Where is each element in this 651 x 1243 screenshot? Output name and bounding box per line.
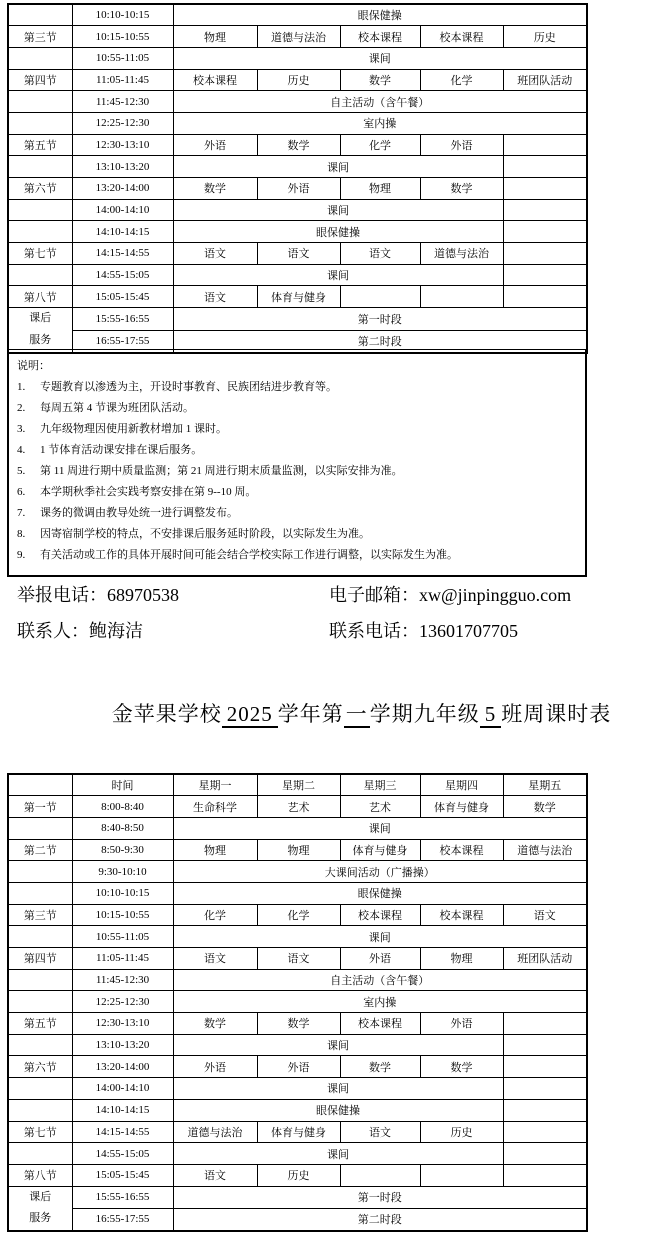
note-number: 9. (17, 545, 33, 566)
time-cell: 14:55-15:05 (72, 264, 173, 286)
subject-cell (503, 1121, 587, 1143)
note-number: 2. (17, 398, 33, 419)
subject-cell (503, 199, 587, 221)
activity-span-cell: 第一时段 (173, 308, 587, 330)
timetable-top: 10:10-10:15眼保健操第三节10:15-10:55物理道德与法治校本课程… (7, 3, 588, 354)
activity-span-cell: 课间 (173, 817, 587, 839)
activity-span-cell: 眼保健操 (173, 4, 587, 26)
subject-cell: 语文 (173, 243, 257, 265)
period-cell (8, 861, 72, 883)
time-header-cell: 时间 (72, 774, 173, 796)
time-cell: 10:55-11:05 (72, 926, 173, 948)
title-mid1: 学年第 (278, 702, 344, 726)
note-text: 课务的微调由教导处统一进行调整发布。 (33, 503, 238, 524)
subject-cell: 艺术 (257, 796, 340, 818)
time-cell: 13:20-14:00 (72, 178, 173, 200)
time-cell: 9:30-10:10 (72, 861, 173, 883)
subject-cell: 道德与法治 (503, 839, 587, 861)
day-header-cell: 星期一 (173, 774, 257, 796)
subject-cell: 校本课程 (340, 26, 420, 48)
activity-span-cell: 眼保健操 (173, 882, 587, 904)
email-label: 电子邮箱： (329, 585, 419, 605)
period-cell: 第八节 (8, 286, 72, 308)
subject-cell (503, 134, 587, 156)
subject-cell: 化学 (257, 904, 340, 926)
subject-cell (503, 1143, 587, 1165)
period-cell: 第三节 (8, 904, 72, 926)
period-cell (8, 1034, 72, 1056)
activity-span-cell: 第一时段 (173, 1186, 587, 1208)
subject-cell: 历史 (257, 69, 340, 91)
note-text: 专题教育以渗透为主，开设时事教育、民族团结进步教育等。 (33, 377, 337, 398)
time-cell: 15:55-16:55 (72, 308, 173, 330)
time-cell: 12:25-12:30 (72, 112, 173, 134)
period-cell: 课后 服务 (8, 308, 72, 353)
subject-cell (503, 1078, 587, 1100)
subject-cell: 体育与健身 (257, 286, 340, 308)
period-cell: 第七节 (8, 1121, 72, 1143)
activity-span-cell: 课间 (173, 264, 503, 286)
subject-cell: 班团队活动 (503, 948, 587, 970)
time-cell: 14:55-15:05 (72, 1143, 173, 1165)
note-number: 5. (17, 461, 33, 482)
activity-span-cell: 课间 (173, 1078, 503, 1100)
subject-cell: 历史 (420, 1121, 503, 1143)
title-mid2: 学期九年级 (370, 702, 480, 726)
subject-cell (503, 221, 587, 243)
subject-cell (503, 264, 587, 286)
period-cell: 第一节 (8, 796, 72, 818)
subject-cell: 外语 (257, 1056, 340, 1078)
time-cell: 10:10-10:15 (72, 4, 173, 26)
report-phone-value: 68970538 (107, 585, 179, 605)
time-cell: 11:05-11:45 (72, 948, 173, 970)
period-cell: 第六节 (8, 178, 72, 200)
time-cell: 14:15-14:55 (72, 243, 173, 265)
note-number: 6. (17, 482, 33, 503)
subject-cell: 数学 (503, 796, 587, 818)
note-number: 7. (17, 503, 33, 524)
note-item: 6. 本学期秋季社会实践考察安排在第 9--10 周。 (17, 482, 581, 503)
period-cell (8, 1143, 72, 1165)
subject-cell: 语文 (173, 286, 257, 308)
time-cell: 8:40-8:50 (72, 817, 173, 839)
activity-span-cell: 课间 (173, 156, 503, 178)
note-item: 4. 1 节体育活动课安排在课后服务。 (17, 440, 581, 461)
activity-span-cell: 眼保健操 (173, 1099, 503, 1121)
subject-cell: 数学 (420, 178, 503, 200)
time-cell: 10:15-10:55 (72, 904, 173, 926)
subject-cell: 数学 (173, 1013, 257, 1035)
note-text: 有关活动或工作的具体开展时间可能会结合学校实际工作进行调整，以实际发生为准。 (33, 545, 458, 566)
activity-span-cell: 课间 (173, 199, 503, 221)
subject-cell: 数学 (420, 1056, 503, 1078)
time-cell: 10:55-11:05 (72, 47, 173, 69)
time-cell: 11:45-12:30 (72, 91, 173, 113)
activity-span-cell: 课间 (173, 1034, 503, 1056)
activity-span-cell: 眼保健操 (173, 221, 503, 243)
time-cell: 13:10-13:20 (72, 1034, 173, 1056)
period-cell (8, 1078, 72, 1100)
subject-cell: 艺术 (340, 796, 420, 818)
subject-cell: 体育与健身 (257, 1121, 340, 1143)
title-suffix: 班周课时表 (501, 702, 611, 726)
period-cell: 第三节 (8, 26, 72, 48)
subject-cell (503, 1099, 587, 1121)
subject-cell: 物理 (340, 178, 420, 200)
period-cell (8, 882, 72, 904)
time-cell: 8:50-9:30 (72, 839, 173, 861)
subject-cell (420, 286, 503, 308)
activity-span-cell: 课间 (173, 1143, 503, 1165)
period-cell: 第二节 (8, 839, 72, 861)
contact-person-label: 联系人： (17, 621, 89, 641)
note-item: 3. 九年级物理因使用新教材增加 1 课时。 (17, 419, 581, 440)
title-term-underlined: 一 (344, 702, 370, 728)
time-cell: 14:00-14:10 (72, 199, 173, 221)
notes-heading: 说明： (17, 356, 581, 377)
note-text: 1 节体育活动课安排在课后服务。 (33, 440, 202, 461)
period-cell: 第五节 (8, 134, 72, 156)
activity-span-cell: 第二时段 (173, 1209, 587, 1231)
contact-phone-label: 联系电话： (329, 621, 419, 641)
subject-cell (503, 1013, 587, 1035)
contact-phone-value: 13601707705 (419, 621, 518, 641)
note-number: 3. (17, 419, 33, 440)
subject-cell: 外语 (173, 1056, 257, 1078)
subject-cell: 数学 (340, 69, 420, 91)
note-item: 5. 第 11 周进行期中质量监测；第 21 周进行期末质量监测，以实际安排为准… (17, 461, 581, 482)
subject-cell: 校本课程 (173, 69, 257, 91)
note-text: 每周五第 4 节课为班团队活动。 (33, 398, 194, 419)
subject-cell: 物理 (257, 839, 340, 861)
period-cell (8, 817, 72, 839)
period-cell (8, 47, 72, 69)
subject-cell (503, 243, 587, 265)
subject-cell: 外语 (420, 134, 503, 156)
activity-span-cell: 室内操 (173, 991, 587, 1013)
time-cell: 13:10-13:20 (72, 156, 173, 178)
period-cell: 第八节 (8, 1164, 72, 1186)
day-header-cell: 星期五 (503, 774, 587, 796)
note-number: 8. (17, 524, 33, 545)
subject-cell (503, 286, 587, 308)
activity-span-cell: 课间 (173, 926, 587, 948)
note-item: 7. 课务的微调由教导处统一进行调整发布。 (17, 503, 581, 524)
time-cell: 14:10-14:15 (72, 1099, 173, 1121)
subject-cell (340, 286, 420, 308)
subject-cell: 语文 (173, 948, 257, 970)
subject-cell: 外语 (340, 948, 420, 970)
day-header-cell: 星期四 (420, 774, 503, 796)
period-cell: 第六节 (8, 1056, 72, 1078)
period-cell: 第四节 (8, 69, 72, 91)
note-text: 因寄宿制学校的特点，不安排课后服务延时阶段，以实际发生为准。 (33, 524, 370, 545)
subject-cell (340, 1164, 420, 1186)
note-text: 九年级物理因使用新教材增加 1 课时。 (33, 419, 227, 440)
activity-span-cell: 自主活动（含午餐） (173, 969, 587, 991)
subject-cell: 数学 (257, 134, 340, 156)
subject-cell: 化学 (340, 134, 420, 156)
time-cell: 12:30-13:10 (72, 1013, 173, 1035)
subject-cell: 道德与法治 (420, 243, 503, 265)
period-cell: 课后 服务 (8, 1186, 72, 1231)
subject-cell: 化学 (173, 904, 257, 926)
period-cell: 第四节 (8, 948, 72, 970)
note-item: 2. 每周五第 4 节课为班团队活动。 (17, 398, 581, 419)
period-cell (8, 112, 72, 134)
email: 电子邮箱：xw@jinpingguo.com (329, 581, 571, 607)
time-cell: 12:25-12:30 (72, 991, 173, 1013)
note-item: 8. 因寄宿制学校的特点，不安排课后服务延时阶段，以实际发生为准。 (17, 524, 581, 545)
activity-span-cell: 课间 (173, 47, 587, 69)
subject-cell (503, 1034, 587, 1056)
subject-cell: 外语 (420, 1013, 503, 1035)
subject-cell (503, 1056, 587, 1078)
time-cell: 10:10-10:15 (72, 882, 173, 904)
time-cell: 8:00-8:40 (72, 796, 173, 818)
time-cell: 14:00-14:10 (72, 1078, 173, 1100)
email-value: xw@jinpingguo.com (419, 585, 571, 605)
period-cell: 第七节 (8, 243, 72, 265)
subject-cell: 物理 (173, 839, 257, 861)
note-text: 本学期秋季社会实践考察安排在第 9--10 周。 (33, 482, 256, 503)
period-cell (8, 91, 72, 113)
subject-cell: 校本课程 (420, 26, 503, 48)
subject-cell: 物理 (420, 948, 503, 970)
subject-cell: 道德与法治 (257, 26, 340, 48)
subject-cell: 历史 (257, 1164, 340, 1186)
contact-phone: 联系电话：13601707705 (329, 617, 518, 643)
time-cell: 15:05-15:45 (72, 286, 173, 308)
subject-cell: 体育与健身 (340, 839, 420, 861)
activity-span-cell: 室内操 (173, 112, 587, 134)
notes-box: 说明： 1. 专题教育以渗透为主，开设时事教育、民族团结进步教育等。 2. 每周… (7, 349, 587, 577)
subject-cell: 数学 (257, 1013, 340, 1035)
day-header-cell: 星期二 (257, 774, 340, 796)
subject-cell: 语文 (173, 1164, 257, 1186)
time-cell: 14:10-14:15 (72, 221, 173, 243)
day-header-cell (8, 774, 72, 796)
subject-cell: 道德与法治 (173, 1121, 257, 1143)
subject-cell: 体育与健身 (420, 796, 503, 818)
subject-cell: 生命科学 (173, 796, 257, 818)
page-title: 金苹果学校2025学年第一学期九年级5班周课时表 (0, 698, 651, 728)
note-number: 1. (17, 377, 33, 398)
contact-person-value: 鲍海洁 (89, 621, 143, 641)
time-cell: 15:55-16:55 (72, 1186, 173, 1208)
period-cell (8, 991, 72, 1013)
subject-cell: 语文 (503, 904, 587, 926)
note-item: 9. 有关活动或工作的具体开展时间可能会结合学校实际工作进行调整，以实际发生为准… (17, 545, 581, 566)
period-cell (8, 199, 72, 221)
subject-cell: 班团队活动 (503, 69, 587, 91)
subject-cell: 校本课程 (340, 1013, 420, 1035)
title-class-underlined: 5 (480, 702, 502, 728)
subject-cell: 语文 (257, 948, 340, 970)
period-cell (8, 221, 72, 243)
subject-cell: 语文 (340, 243, 420, 265)
subject-cell: 语文 (257, 243, 340, 265)
subject-cell: 数学 (173, 178, 257, 200)
timetable-class5: 时间星期一星期二星期三星期四星期五第一节8:00-8:40生命科学艺术艺术体育与… (7, 773, 588, 1232)
period-cell (8, 969, 72, 991)
note-item: 1. 专题教育以渗透为主，开设时事教育、民族团结进步教育等。 (17, 377, 581, 398)
subject-cell (503, 156, 587, 178)
time-cell: 11:05-11:45 (72, 69, 173, 91)
period-cell: 第五节 (8, 1013, 72, 1035)
contact-person: 联系人：鲍海洁 (17, 617, 143, 643)
subject-cell: 历史 (503, 26, 587, 48)
time-cell: 14:15-14:55 (72, 1121, 173, 1143)
subject-cell: 校本课程 (340, 904, 420, 926)
title-year-underlined: 2025 (222, 702, 278, 728)
time-cell: 11:45-12:30 (72, 969, 173, 991)
report-phone-label: 举报电话： (17, 585, 107, 605)
subject-cell: 外语 (257, 178, 340, 200)
time-cell: 15:05-15:45 (72, 1164, 173, 1186)
day-header-cell: 星期三 (340, 774, 420, 796)
time-cell: 10:15-10:55 (72, 26, 173, 48)
subject-cell (503, 178, 587, 200)
note-number: 4. (17, 440, 33, 461)
period-cell (8, 1099, 72, 1121)
subject-cell: 物理 (173, 26, 257, 48)
subject-cell (420, 1164, 503, 1186)
time-cell: 13:20-14:00 (72, 1056, 173, 1078)
activity-span-cell: 自主活动（含午餐） (173, 91, 587, 113)
title-school: 金苹果学校 (112, 702, 222, 726)
subject-cell: 数学 (340, 1056, 420, 1078)
time-cell: 12:30-13:10 (72, 134, 173, 156)
period-cell (8, 926, 72, 948)
period-cell (8, 156, 72, 178)
subject-cell: 校本课程 (420, 839, 503, 861)
note-text: 第 11 周进行期中质量监测；第 21 周进行期末质量监测，以实际安排为准。 (33, 461, 403, 482)
time-cell: 16:55-17:55 (72, 1209, 173, 1231)
subject-cell: 语文 (340, 1121, 420, 1143)
activity-span-cell: 大课间活动（广播操） (173, 861, 587, 883)
subject-cell: 化学 (420, 69, 503, 91)
subject-cell (503, 1164, 587, 1186)
period-cell (8, 264, 72, 286)
subject-cell: 外语 (173, 134, 257, 156)
report-phone: 举报电话：68970538 (17, 581, 179, 607)
period-cell (8, 4, 72, 26)
subject-cell: 校本课程 (420, 904, 503, 926)
